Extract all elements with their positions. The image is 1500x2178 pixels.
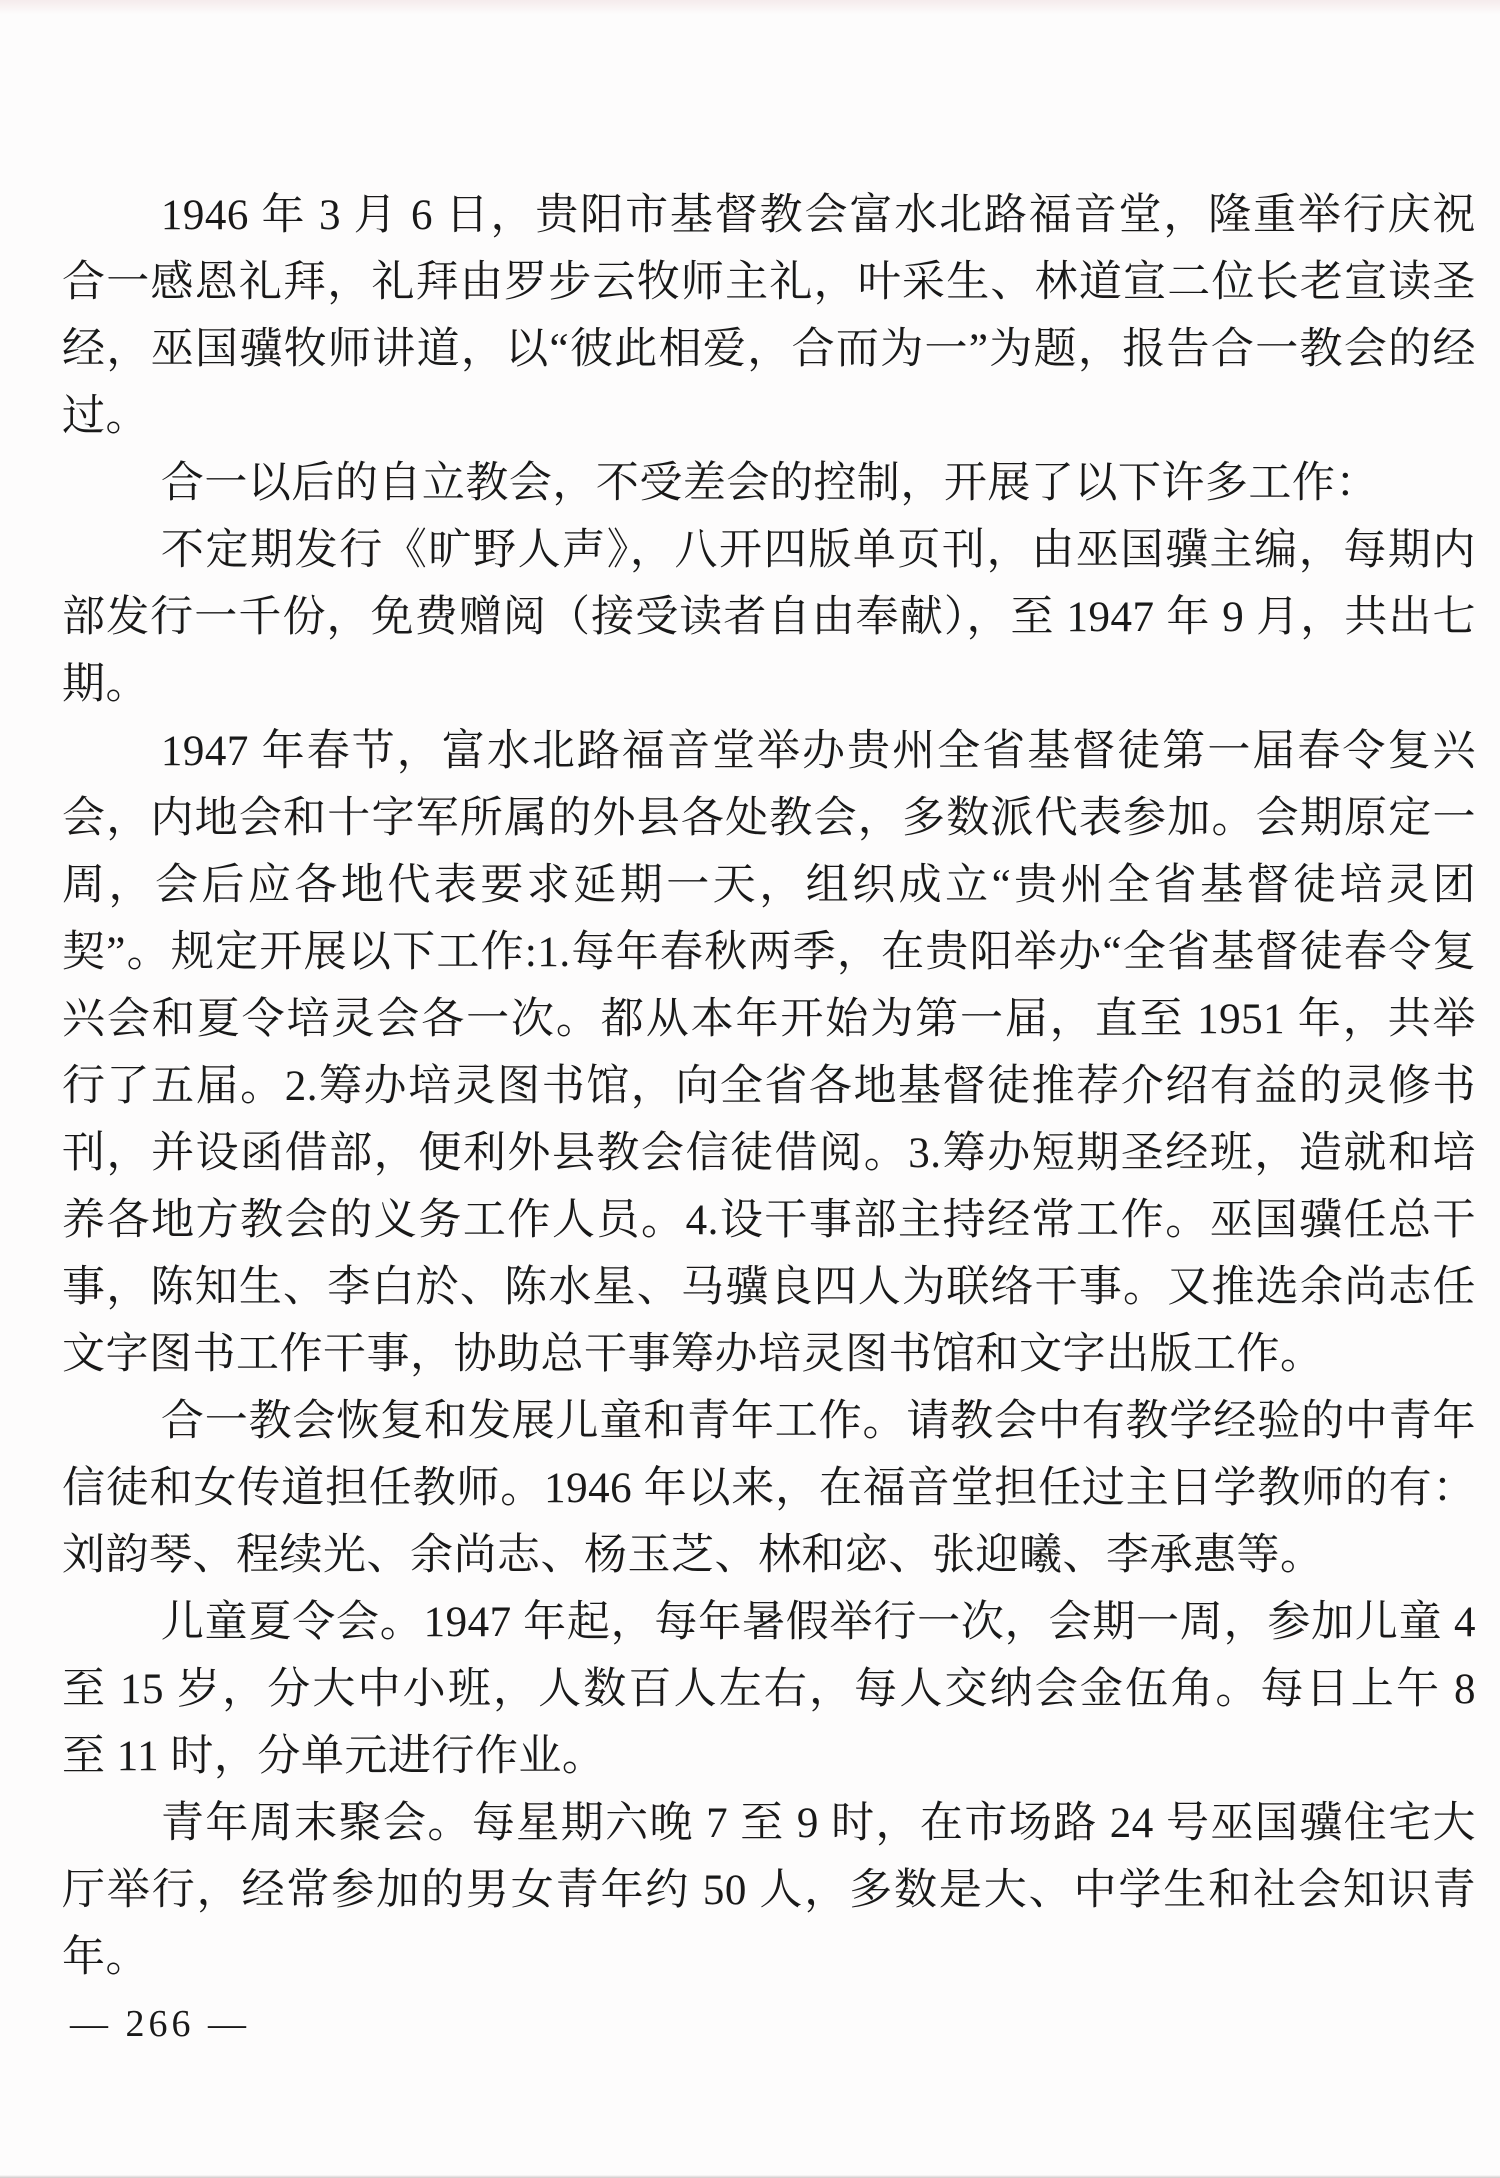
- paragraph-3: 不定期发行《旷野人声》，八开四版单页刊，由巫国骥主编，每期内部发行一千份，免费赠…: [62, 517, 1476, 718]
- scan-edge-artifact-top: [0, 0, 1500, 16]
- page-number: — 266 —: [62, 1991, 1476, 2058]
- paragraph-5: 合一教会恢复和发展儿童和青年工作。请教会中有教学经验的中青年信徒和女传道担任教师…: [62, 1388, 1476, 1589]
- paragraph-2: 合一以后的自立教会，不受差会的控制，开展了以下许多工作：: [62, 450, 1476, 517]
- paragraph-1: 1946 年 3 月 6 日，贵阳市基督教会富水北路福音堂，隆重举行庆祝合一感恩…: [62, 182, 1476, 450]
- paragraph-7: 青年周末聚会。每星期六晚 7 至 9 时，在市场路 24 号巫国骥住宅大厅举行，…: [62, 1790, 1476, 1991]
- paragraph-4: 1947 年春节，富水北路福音堂举办贵州全省基督徒第一届春令复兴会，内地会和十字…: [62, 718, 1476, 1388]
- scanned-book-page: 1946 年 3 月 6 日，贵阳市基督教会富水北路福音堂，隆重举行庆祝合一感恩…: [0, 0, 1500, 2178]
- paragraph-6: 儿童夏令会。1947 年起，每年暑假举行一次，会期一周，参加儿童 4 至 15 …: [62, 1589, 1476, 1790]
- body-text-block: 1946 年 3 月 6 日，贵阳市基督教会富水北路福音堂，隆重举行庆祝合一感恩…: [62, 182, 1476, 2058]
